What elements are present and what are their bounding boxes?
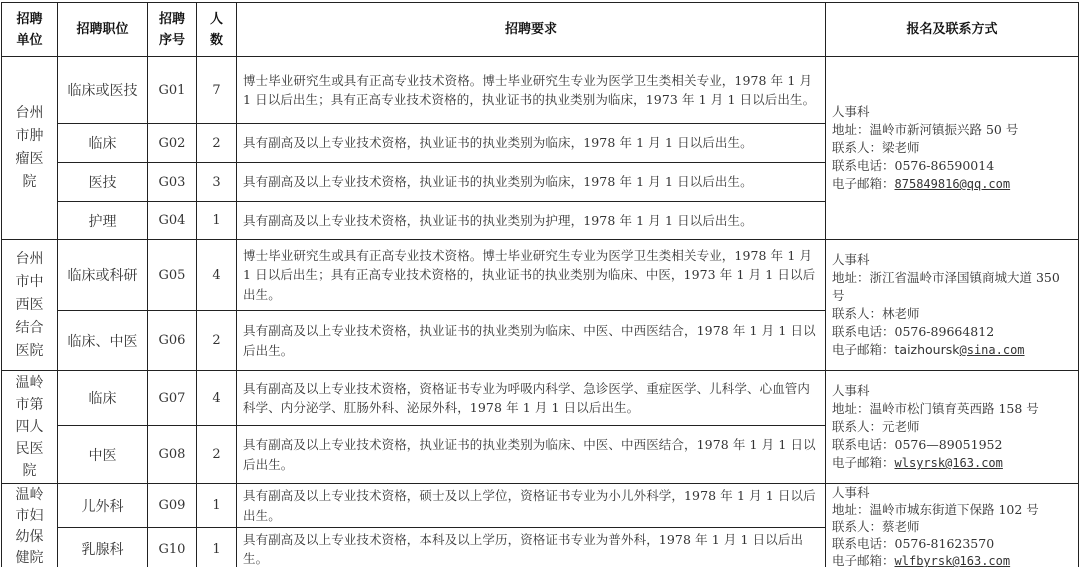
header-position: 招聘职位 (58, 3, 148, 57)
position-code: G03 (148, 163, 197, 202)
headcount: 1 (197, 484, 237, 528)
contact-phone: 联系电话：0576—89051952 (832, 436, 1072, 454)
email-label: 电子邮箱： (832, 455, 895, 470)
requirement: 具有副高及以上专业技术资格，本科及以上学历，资格证书专业为普外科，1978 年 … (237, 528, 826, 567)
contact-info: 人事科 地址：温岭市松门镇育英西路 158 号 联系人：元老师 联系电话：057… (826, 371, 1079, 484)
headcount: 4 (197, 240, 237, 311)
header-contact: 报名及联系方式 (826, 3, 1079, 57)
contact-person: 联系人：元老师 (832, 418, 1072, 436)
contact-dept: 人事科 (832, 103, 1072, 121)
contact-info: 人事科 地址：温岭市城东街道下保路 102 号 联系人：蔡老师 联系电话：057… (826, 484, 1079, 567)
position-code: G09 (148, 484, 197, 528)
header-code: 招聘序号 (148, 3, 197, 57)
requirement: 博士毕业研究生或具有正高专业技术资格。博士毕业研究生专业为医学卫生类相关专业，1… (237, 240, 826, 311)
email-prefix[interactable]: taizhoursk (895, 342, 960, 357)
position: 中医 (58, 426, 148, 484)
position: 临床 (58, 124, 148, 163)
contact-address: 地址：浙江省温岭市泽国镇商城大道 350 号 (832, 269, 1072, 305)
table-row: 温岭市妇幼保健院 儿外科 G09 1 具有副高及以上专业技术资格，硕士及以上学位… (2, 484, 1079, 528)
unit-name: 温岭市第四人民医院 (2, 371, 58, 484)
headcount: 2 (197, 124, 237, 163)
requirement: 具有副高及以上专业技术资格，执业证书的执业类别为临床、中医、中西医结合，1978… (237, 311, 826, 371)
header-requirements: 招聘要求 (237, 3, 826, 57)
email-label: 电子邮箱： (832, 553, 895, 567)
position: 临床、中医 (58, 311, 148, 371)
contact-dept: 人事科 (832, 484, 1072, 501)
position-code: G02 (148, 124, 197, 163)
requirement: 具有副高及以上专业技术资格，执业证书的执业类别为临床、中医、中西医结合，1978… (237, 426, 826, 484)
headcount: 4 (197, 371, 237, 426)
table-row: 台州市中西医结合医院 临床或科研 G05 4 博士毕业研究生或具有正高专业技术资… (2, 240, 1079, 311)
table-row: 温岭市第四人民医院 临床 G07 4 具有副高及以上专业技术资格，资格证书专业为… (2, 371, 1079, 426)
email-link[interactable]: wlfbyrsk@163.com (895, 554, 1011, 567)
position: 临床或科研 (58, 240, 148, 311)
unit-name: 台州市中西医结合医院 (2, 240, 58, 371)
requirement: 具有副高及以上专业技术资格，执业证书的执业类别为护理，1978 年 1 月 1 … (237, 202, 826, 240)
position-code: G01 (148, 57, 197, 124)
position: 临床 (58, 371, 148, 426)
email-label: 电子邮箱： (832, 342, 895, 357)
recruitment-table: 招聘单位 招聘职位 招聘序号 人数 招聘要求 报名及联系方式 台州市肿瘤医院 临… (1, 2, 1079, 567)
unit-name: 温岭市妇幼保健院 (2, 484, 58, 567)
email-link[interactable]: 875849816@qq.com (895, 177, 1011, 191)
requirement: 具有副高及以上专业技术资格，执业证书的执业类别为临床，1978 年 1 月 1 … (237, 163, 826, 202)
header-unit: 招聘单位 (2, 3, 58, 57)
contact-phone: 联系电话：0576-86590014 (832, 157, 1072, 175)
contact-person: 联系人：林老师 (832, 305, 1072, 323)
contact-person: 联系人：蔡老师 (832, 518, 1072, 535)
requirement: 具有副高及以上专业技术资格，执业证书的执业类别为临床，1978 年 1 月 1 … (237, 124, 826, 163)
unit-name: 台州市肿瘤医院 (2, 57, 58, 240)
table-row: 台州市肿瘤医院 临床或医技 G01 7 博士毕业研究生或具有正高专业技术资格。博… (2, 57, 1079, 124)
requirement: 具有副高及以上专业技术资格，硕士及以上学位，资格证书专业为小儿外科学，1978 … (237, 484, 826, 528)
email-link[interactable]: @sina.com (960, 343, 1025, 357)
position-code: G07 (148, 371, 197, 426)
headcount: 1 (197, 202, 237, 240)
headcount: 2 (197, 426, 237, 484)
requirement: 具有副高及以上专业技术资格，资格证书专业为呼吸内科学、急诊医学、重症医学、儿科学… (237, 371, 826, 426)
contact-address: 地址：温岭市松门镇育英西路 158 号 (832, 400, 1072, 418)
headcount: 1 (197, 528, 237, 567)
email-label: 电子邮箱： (832, 176, 895, 191)
position-code: G04 (148, 202, 197, 240)
position-code: G08 (148, 426, 197, 484)
position-code: G10 (148, 528, 197, 567)
email-link[interactable]: wlsyrsk@163.com (895, 456, 1003, 470)
contact-dept: 人事科 (832, 382, 1072, 400)
position: 医技 (58, 163, 148, 202)
contact-phone: 联系电话：0576-81623570 (832, 535, 1072, 552)
contact-dept: 人事科 (832, 251, 1072, 269)
position-code: G06 (148, 311, 197, 371)
position: 临床或医技 (58, 57, 148, 124)
contact-info: 人事科 地址：温岭市新河镇振兴路 50 号 联系人：梁老师 联系电话：0576-… (826, 57, 1079, 240)
contact-phone: 联系电话：0576-89664812 (832, 323, 1072, 341)
requirement: 博士毕业研究生或具有正高专业技术资格。博士毕业研究生专业为医学卫生类相关专业，1… (237, 57, 826, 124)
headcount: 3 (197, 163, 237, 202)
contact-info: 人事科 地址：浙江省温岭市泽国镇商城大道 350 号 联系人：林老师 联系电话：… (826, 240, 1079, 371)
position: 儿外科 (58, 484, 148, 528)
contact-address: 地址：温岭市城东街道下保路 102 号 (832, 501, 1072, 518)
headcount: 7 (197, 57, 237, 124)
header-count: 人数 (197, 3, 237, 57)
contact-address: 地址：温岭市新河镇振兴路 50 号 (832, 121, 1072, 139)
header-row: 招聘单位 招聘职位 招聘序号 人数 招聘要求 报名及联系方式 (2, 3, 1079, 57)
position: 乳腺科 (58, 528, 148, 567)
position-code: G05 (148, 240, 197, 311)
position: 护理 (58, 202, 148, 240)
contact-person: 联系人：梁老师 (832, 139, 1072, 157)
headcount: 2 (197, 311, 237, 371)
